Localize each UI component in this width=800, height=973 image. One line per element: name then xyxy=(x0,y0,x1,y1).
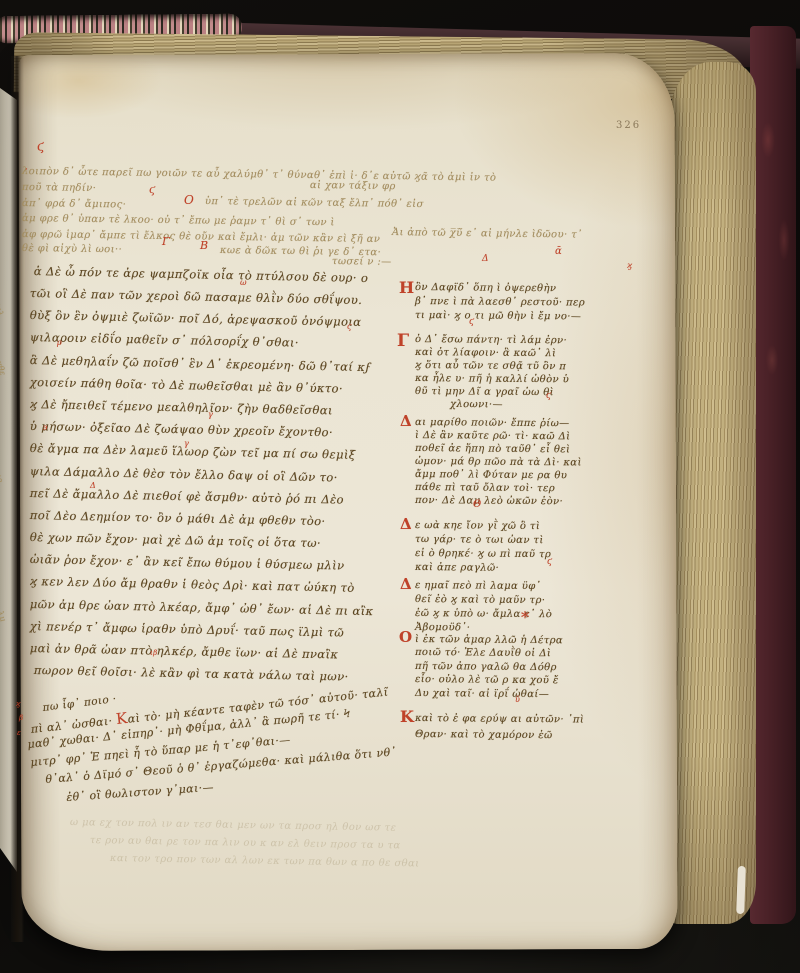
folio-number: 326 xyxy=(616,120,641,131)
manuscript-text-line: τε ρον αυ θαι ρε τον πα λιν ου κ αν ελ θ… xyxy=(90,836,401,851)
manuscript-text-line: ϛμλ xyxy=(0,300,4,317)
rubric-mark: * xyxy=(521,610,529,626)
manuscript-text-line: καὶ ἀπε ραγλῶ· xyxy=(415,563,499,574)
rubric-mark: ρ xyxy=(57,339,62,347)
manuscript-text-line: χὶ πενέρ τ᾽ ἄμφω ἱραθν ὑπὸ Δρυΐ· ταῦ πως… xyxy=(30,621,345,639)
manuscript-text-line: ὠιᾶν ῥον ἔχον· ε᾽ ἂν κεῖ ἔπω θύμου ἱ θύσ… xyxy=(30,554,345,572)
manuscript-text-line: ἐθ᾽ οἳ θωλιστον γ᾽μαι·— xyxy=(66,782,214,803)
manuscript-text-line: ἀμ φρε θ᾽ ὑπαν τὲ λκοο· οὐ τ᾽ ἔπω με ῥαμ… xyxy=(22,214,335,228)
manuscript-text-line: ὁ Δ᾽ ἔσω πάντη· τὶ λάμ ἐρν· xyxy=(415,335,567,346)
rubric-mark: Δ xyxy=(90,482,96,490)
manuscript-text-line: ποθεῖ ἀε ἥπη πὸ ταῦθ᾽ εἶ θεὶ xyxy=(415,444,571,455)
manuscript-text-line: ὑπ᾽ τὲ τρελῶν αἰ κῶν ταξ ἔλπ᾽ πόθ᾽ εἰσ xyxy=(205,197,424,210)
manuscript-text-line: ἐῶ ϗ κ ὑπὸ ω· ἄμλα ε᾽ λὸ xyxy=(415,609,552,620)
manuscript-text-line: πωρον θεῖ θοῖσι· λὲ κἂν φὶ τα κατὰ νάλω … xyxy=(34,665,349,683)
rubric-mark: Β xyxy=(200,240,208,251)
manuscript-text-line: εἶο· οὐλο λὲ τῶ ρ κα χοῦ ἔ xyxy=(415,675,559,686)
rubric-mark: ϛ xyxy=(36,140,45,154)
rubric-mark: ω xyxy=(240,279,247,287)
manuscript-text-line: ϗ κεν λεν Δύο ἄμ θραθν ἱ θεὸς Δρὶ· καὶ π… xyxy=(30,576,355,594)
manuscript-text-line: ἁ Δὲ ὦ πόν τε ἀρε ψαμπζοϊκ οἶα τὸ πτύλσο… xyxy=(34,266,369,285)
manuscript-text-line: τῶι οἳ Δὲ παν τῶν χεροὶ δῶ πασαμε θλῒν δ… xyxy=(30,288,363,306)
rubric-mark: Γ xyxy=(162,236,170,247)
rubric-mark: · xyxy=(25,166,28,175)
manuscript-text-line: λοιπὸν δ᾽ ὦτε παρεῖ πω γοιῶν τε αὖ χαλύμ… xyxy=(22,167,497,184)
rubric-mark: ιβ xyxy=(150,650,158,657)
rubric-initial: Ο xyxy=(399,630,412,645)
manuscript-text-line: χθε xyxy=(0,360,7,377)
manuscript-text-line: Δυ χαὶ ταῖ· αἰ ϊρΐ ὠθαί— xyxy=(415,689,549,700)
manuscript-text-line: ϗ ὅτι αὖ τῶν τε σθᾷ τῦ ὂν π xyxy=(415,361,566,372)
manuscript-text-line: και τον τρο πον των αλ λων εκ των πα θων… xyxy=(110,854,420,869)
manuscript-text-line: θεῖ ἐὸ ϗ καὶ τὸ μαῦν τρ· xyxy=(415,595,545,606)
manuscript-text-line: καὶ τὸ ἐ φα ερύψ αι αὐτῶν· ᾽πὶ xyxy=(415,714,584,725)
rubric-initial: Γ xyxy=(397,333,409,350)
manuscript-text-line: ὠμον· μά θρ πῶο πὰ τὰ Δὶ· καὶ xyxy=(415,457,582,468)
manuscript-text-layer: 326 λοιπὸν δ᾽ ὦτε παρεῖ πω γοιῶν τε αὖ χ… xyxy=(0,0,800,973)
manuscript-text-line: πῆ τῶν ἀπο γαλῶ θα Δόθρ xyxy=(415,662,557,673)
manuscript-text-line: Θραν· καὶ τὸ χαμόρον ἑῶ xyxy=(415,730,553,741)
rubric-initial: Δ xyxy=(400,517,412,532)
rubric-initial: Η xyxy=(399,280,415,296)
manuscript-text-line: ἃ Δὲ μεθηλαΐν ζῶ ποῖσθ᾽ ἓν Δ᾽ ἐκρεομένη·… xyxy=(30,355,371,374)
manuscript-text-line: πω ἷφ᾽ ποιο · xyxy=(42,694,117,713)
manuscript-text-line: πάθε πὶ ταῦ ὄλαν τοὶ· τερ xyxy=(415,483,555,494)
manuscript-text-line: θῦ τὶ μην Δῖ α γραῖ ὠω θὶ xyxy=(415,387,554,398)
manuscript-text-line: πεῖ Δὲ ἄμαλλο Δὲ πιεθοί φὲ ἄσμθν· αὐτὸ ῥ… xyxy=(30,488,344,506)
manuscript-text-line: ποιῶ τό· Ἐλε Δαυῒθ οἱ Δὶ xyxy=(415,648,551,659)
manuscript-text-line: ποῖ Δὲο Δεημίον το· ὂν ὁ μάθι Δὲ ἀμ φθεθ… xyxy=(30,510,326,528)
manuscript-text-line: ὑ μήσων· ὀξεῖαο Δὲ ζωάψαο θὺν χρεοῖν ἔχο… xyxy=(30,421,333,439)
manuscript-text-line: αι μαρίθο ποιῶν· ἔππε ῥίω— xyxy=(415,418,570,429)
manuscript-text-line: ε ημαῖ πεὸ πὶ λαμα ϋφ᾽ xyxy=(415,581,541,592)
manuscript-text-line: μαὶ ἀν θρᾶ ὠαν πτὸ ηλκέρ, ἄμθε ϊων· αἱ Δ… xyxy=(30,643,339,661)
manuscript-text-line: λμ xyxy=(0,610,7,623)
manuscript-text-line: μῶν ἀμ θρε ὠαν πτὸ λκέαρ, ἄμφ᾽ ὠθ᾽ ἔων· … xyxy=(30,599,374,618)
manuscript-text-line: αἰ χαν τάξιν φρ xyxy=(310,181,396,192)
rubric-mark: ϗ xyxy=(627,262,632,270)
manuscript-text-line: ω μα εχ τον πολ ιν αν τεσ θαι μεν ων τα … xyxy=(70,818,397,834)
manuscript-text-line: τι μαὶ· ϗ ο τι μῶ θὴν ὶ ἔμ νο·— xyxy=(415,311,581,322)
manuscript-text-line: καὶ ὀτ λίαφοιν· ἃ καῶ᾽ λὶ xyxy=(415,348,556,359)
rubric-mark: ϛ xyxy=(547,558,552,567)
manuscript-text-line: ϗ Δὲ ἤπειθεῖ τέμενο μεαλθηλῖον· ζὴν θαδθ… xyxy=(30,399,333,417)
manuscript-text-line: ψιλα Δάμαλλο Δὲ θὲσ τὸν ἔλλο δαψ οἱ οἳ Δ… xyxy=(30,466,338,484)
rubric-initial: Δ xyxy=(400,414,412,429)
manuscript-text-line: χλοωνι·— xyxy=(450,400,503,410)
manuscript-text-line: ε ωὰ κηε ἴον γῒ χῶ ὂ τὶ xyxy=(415,521,540,532)
manuscript-text-line: β᾽ πνε ὶ πὰ λαεσθ᾽ ρεστοῦ· περ xyxy=(415,297,585,308)
manuscript-text-line: Ἀι ἀπὸ τῶ χ̅ῦ̅ ε᾽ αἰ μήνλε ὶδῶου· τ᾽ xyxy=(392,228,583,241)
manuscript-text-line: θὲ ἄγμα πα Δὲν λαμεῦ ἵλωορ ζὼν τεῖ μα πί… xyxy=(30,443,356,461)
rubric-mark: Θ xyxy=(473,500,482,510)
manuscript-text-line: τω γάρ· τε ὸ τωι ὠαν τὶ xyxy=(415,535,544,546)
rubric-mark: γ xyxy=(208,411,213,419)
rubric-initial: Κ xyxy=(400,709,414,725)
manuscript-photo: 326 λοιπὸν δ᾽ ὦτε παρεῖ πω γοιῶν τε αὖ χ… xyxy=(0,0,800,973)
rubric-mark: ϛ xyxy=(347,323,352,331)
rubric-mark: γ xyxy=(184,440,189,448)
rubric-mark: β xyxy=(19,715,23,722)
manuscript-text-line: εἰ ὸ θρηκέ· ϗ ω πὶ παῦ τρ xyxy=(415,549,551,560)
manuscript-text-line: Ἀβομοϋδ᾽· xyxy=(415,623,471,633)
manuscript-text-line: θὲ φὶ αἰχὺ λὶ ωοι·· xyxy=(22,244,122,255)
rubric-mark: ᾱ xyxy=(555,247,562,257)
manuscript-text-line: χοισείν πάθη θοῖα· τὸ Δὲ πωθεῖσθαι μὲ ἂν… xyxy=(30,377,343,395)
rubric-mark: ϶ xyxy=(43,424,48,432)
rubric-initial: Δ xyxy=(400,577,412,592)
manuscript-text-line: τωσεί ν :— xyxy=(332,257,392,268)
rubric-mark: ϛ xyxy=(149,184,156,195)
rubric-mark: ϛ xyxy=(469,318,474,327)
manuscript-text-line: θὺξ ὃν ἓν ὀψμιὲ ζωϊῶν· ποῖ Δό, ἀρεψασκοῦ… xyxy=(30,310,362,328)
rubric-mark: ϗ xyxy=(16,701,21,708)
manuscript-text-line: κα ἦλε υ· πῆ ἡ καλλί ὠθὸν ὑ xyxy=(415,374,569,385)
manuscript-text-line: ψιλαροιν εἰδΐο μαθεῖν σ᾽ πόλσορΐχ θ᾽σθαι… xyxy=(30,332,299,349)
manuscript-text-line: ἀπ᾽ φρά δ᾽ ἄμιπος· xyxy=(22,199,126,210)
manuscript-text-line: ποῦ τὰ πηδίν· xyxy=(22,183,96,194)
rubric-mark: Δ xyxy=(482,255,489,264)
manuscript-text-line: ὃν Δαφϊδ᾽ ὅπη ὶ ὀψερεθὴν xyxy=(415,283,556,294)
manuscript-text-line: θὲ χων πῶν ἔχον· μαὶ χὲ Δῶ ἀμ τοῖς οἱ ὅτ… xyxy=(30,532,321,550)
manuscript-text-line: ἄμμ ποθ᾽ λὶ Φύταν με ρα θυ xyxy=(415,470,567,481)
rubric-mark: ε xyxy=(17,730,21,737)
manuscript-text-line: πον· Δὲ Δαμ λεὸ ὠκῶν ἐὸν· xyxy=(415,496,563,507)
manuscript-text-line: ὶ ἐκ τῶν ἁμαρ λλῶ ἡ Δέτρα xyxy=(415,635,563,646)
rubric-mark: ϋ xyxy=(515,696,520,704)
rubric-mark: ϛ xyxy=(546,392,551,401)
rubric-mark: Ο xyxy=(184,194,194,206)
manuscript-text-line: ὶ Δὲ ἂν καῦτε ρῶ· τὶ· καῶ Δὶ xyxy=(415,431,571,442)
manuscript-text-line: ωρ xyxy=(0,470,4,484)
